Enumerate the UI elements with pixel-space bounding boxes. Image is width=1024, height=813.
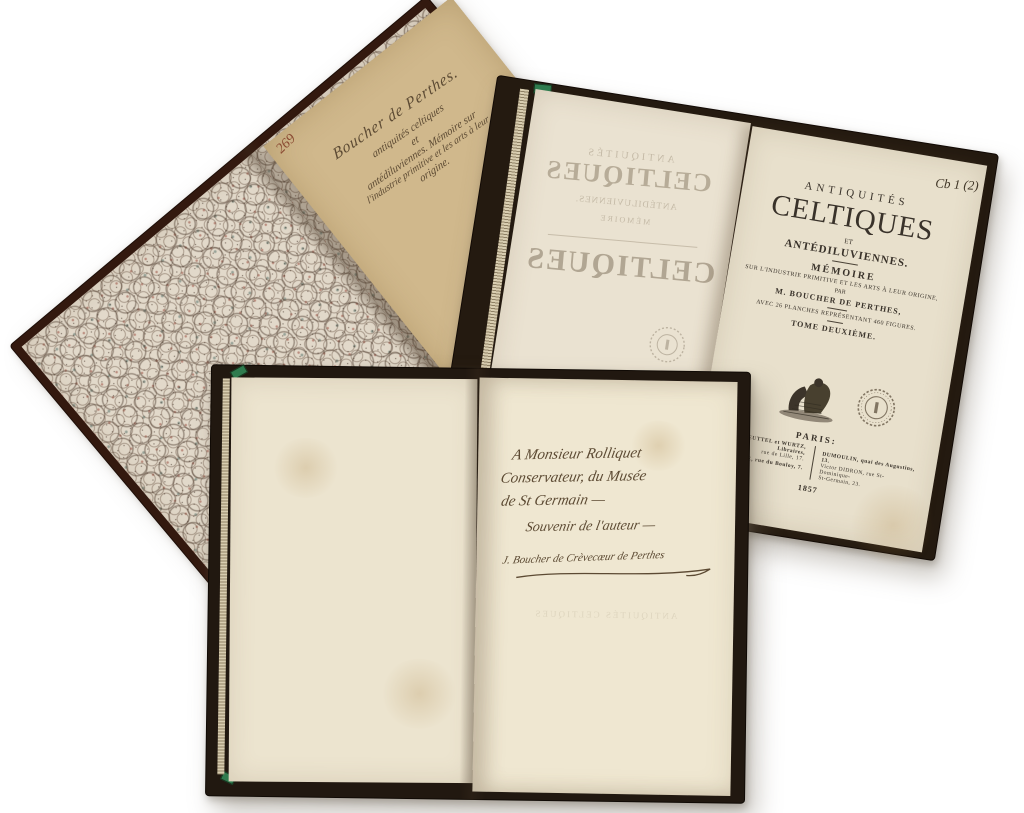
imprint-divider: [809, 446, 816, 480]
shelf-number: 269: [273, 131, 299, 157]
dedication-page: A Monsieur Rolliquet Conservateur, du Mu…: [472, 378, 737, 796]
faint-library-stamp-icon: [644, 322, 690, 368]
signature-flourish-icon: [514, 564, 714, 583]
title-page-text: ANTIQUITÉS CELTIQUES ET ANTÉDILUVIENNES.…: [734, 172, 956, 351]
showthrough-faint-line: ANTIQUITÉS CELTIQUES: [515, 608, 695, 621]
ghost-line: CELTIQUES: [519, 241, 721, 292]
shelfmark: Cb 1 (2): [935, 175, 979, 194]
dedication-line: A Monsieur Rolliquet: [511, 444, 712, 465]
photograph-antique-books: { "colors": { "background": "#ffffff", "…: [0, 0, 1024, 813]
showthrough-ghost-text: ANTIQUITÉS CELTIQUES ANTÉDILUVIENNES. MÉ…: [519, 142, 730, 292]
dedication-line: de St Germain —: [499, 490, 712, 511]
engraving-vignette-icon: [774, 365, 844, 429]
dedication-text: A Monsieur Rolliquet Conservateur, du Mu…: [502, 444, 714, 589]
library-stamp-icon: [852, 383, 900, 431]
blank-page: [229, 377, 478, 783]
dedication-line: Conservateur, du Musée: [499, 467, 712, 488]
dedication-line: Souvenir de l'auteur —: [524, 517, 713, 536]
book-dedication-spread: A Monsieur Rolliquet Conservateur, du Mu…: [205, 364, 751, 803]
